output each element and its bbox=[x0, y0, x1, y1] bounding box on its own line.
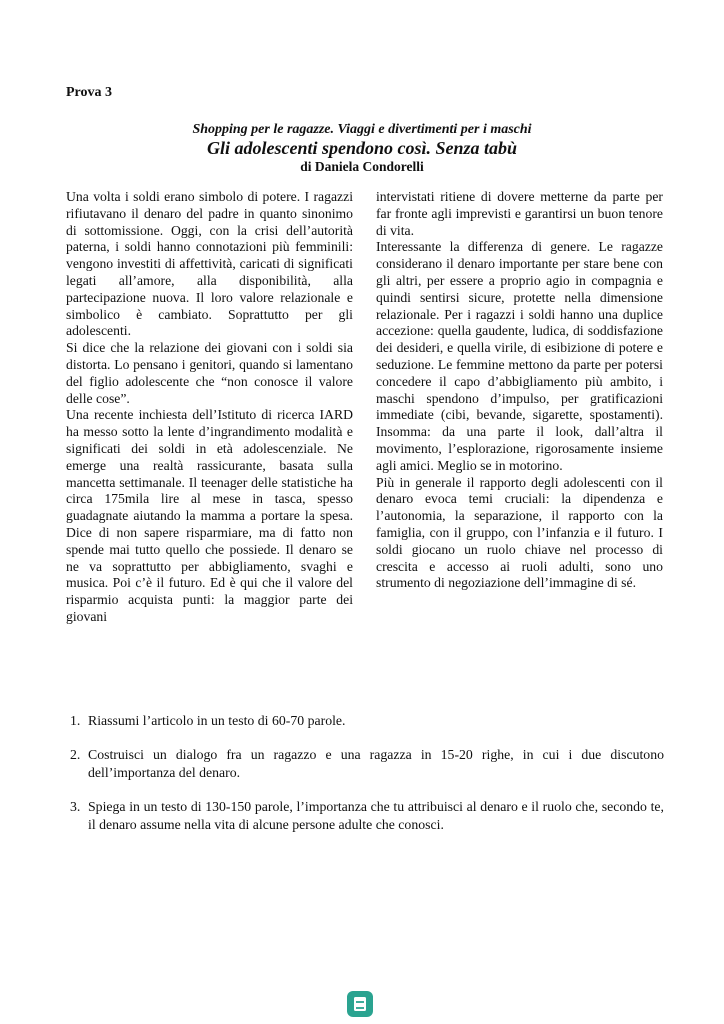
article-column-right: intervistati ritiene di dovere metterne … bbox=[376, 189, 663, 626]
article-subtitle: Shopping per le ragazze. Viaggi e divert… bbox=[0, 121, 724, 138]
article-paragraph: Una recente inchiesta dell’Istituto di r… bbox=[66, 407, 353, 625]
question-number: 3. bbox=[66, 798, 88, 834]
question-text: Spiega in un testo di 130-150 parole, l’… bbox=[88, 798, 664, 834]
article-title: Gli adolescenti spendono così. Senza tab… bbox=[0, 137, 724, 159]
document-page: Prova 3 Shopping per le ragazze. Viaggi … bbox=[0, 0, 724, 1024]
question-item: 2.Costruisci un dialogo fra un ragazzo e… bbox=[66, 746, 664, 782]
document-glyph-icon bbox=[354, 997, 366, 1011]
question-item: 1.Riassumi l’articolo in un testo di 60-… bbox=[66, 712, 664, 730]
questions-list: 1.Riassumi l’articolo in un testo di 60-… bbox=[66, 712, 664, 850]
article-paragraph: Interessante la differenza di genere. Le… bbox=[376, 239, 663, 474]
article-paragraph: Più in generale il rapporto degli adoles… bbox=[376, 475, 663, 593]
question-text: Riassumi l’articolo in un testo di 60-70… bbox=[88, 712, 664, 730]
article-byline: di Daniela Condorelli bbox=[0, 159, 724, 175]
article-paragraph: Si dice che la relazione dei giovani con… bbox=[66, 340, 353, 407]
question-item: 3.Spiega in un testo di 130-150 parole, … bbox=[66, 798, 664, 834]
site-logo-icon[interactable] bbox=[347, 991, 373, 1017]
question-number: 2. bbox=[66, 746, 88, 782]
question-number: 1. bbox=[66, 712, 88, 730]
article-column-left: Una volta i soldi erano simbolo di poter… bbox=[66, 189, 353, 626]
article-paragraph: intervistati ritiene di dovere metterne … bbox=[376, 189, 663, 239]
exam-label: Prova 3 bbox=[66, 85, 112, 101]
article-body: Una volta i soldi erano simbolo di poter… bbox=[66, 189, 663, 626]
article-paragraph: Una volta i soldi erano simbolo di poter… bbox=[66, 189, 353, 340]
question-text: Costruisci un dialogo fra un ragazzo e u… bbox=[88, 746, 664, 782]
